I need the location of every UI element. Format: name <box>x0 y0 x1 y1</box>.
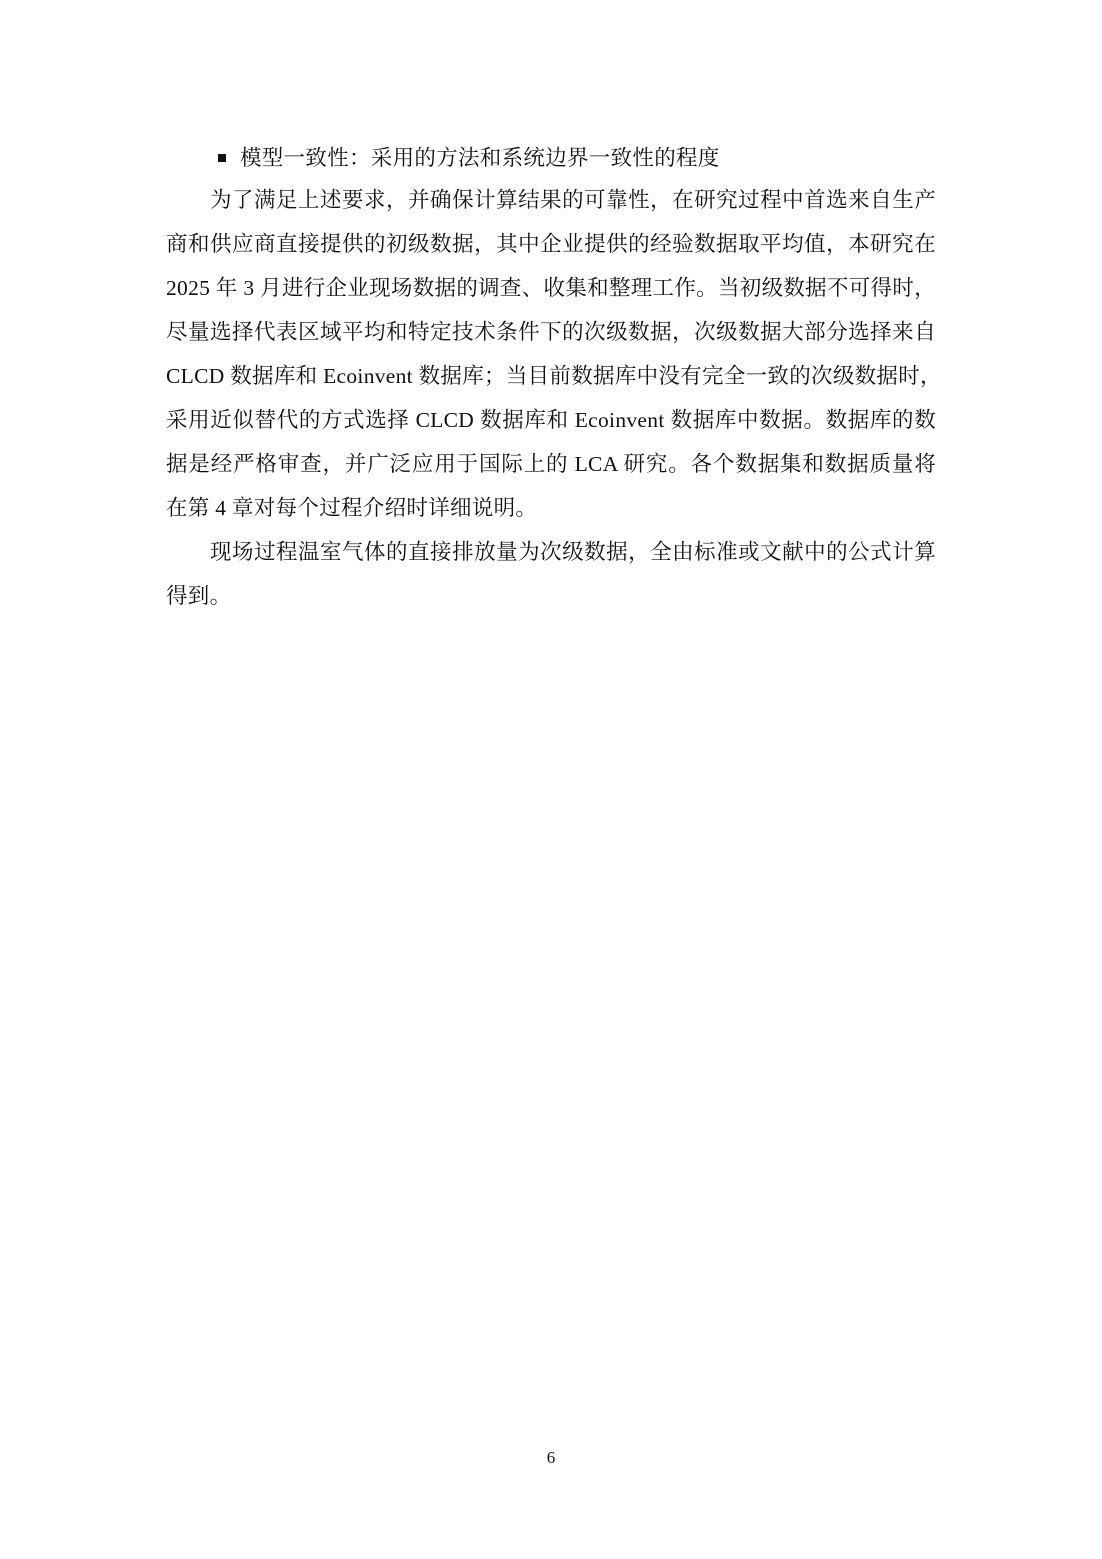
paragraph-line: 在第 4 章对每个过程介绍时详细说明。 <box>166 486 537 530</box>
paragraph-line: 为了满足上述要求，并确保计算结果的可靠性，在研究过程中首选来自生产 <box>210 178 936 222</box>
paragraph-line: CLCD 数据库和 Ecoinvent 数据库；当目前数据库中没有完全一致的次级… <box>166 354 936 398</box>
paragraph-line: 商和供应商直接提供的初级数据，其中企业提供的经验数据取平均值，本研究在 <box>166 222 936 266</box>
paragraph-line: 现场过程温室气体的直接排放量为次级数据，全由标准或文献中的公式计算 <box>210 530 936 574</box>
bullet-text: 模型一致性：采用的方法和系统边界一致性的程度 <box>240 146 720 170</box>
document-page: 模型一致性：采用的方法和系统边界一致性的程度 为了满足上述要求，并确保计算结果的… <box>0 0 1102 1559</box>
paragraph-line: 2025 年 3 月进行企业现场数据的调查、收集和整理工作。当初级数据不可得时， <box>166 266 936 310</box>
square-bullet-icon <box>218 154 226 162</box>
page-number: 6 <box>0 1446 1102 1470</box>
bullet-list-item: 模型一致性：采用的方法和系统边界一致性的程度 <box>218 136 720 180</box>
paragraph-line: 尽量选择代表区域平均和特定技术条件下的次级数据，次级数据大部分选择来自 <box>166 310 936 354</box>
paragraph-line: 据是经严格审查，并广泛应用于国际上的 LCA 研究。各个数据集和数据质量将 <box>166 442 936 486</box>
paragraph-line: 采用近似替代的方式选择 CLCD 数据库和 Ecoinvent 数据库中数据。数… <box>166 398 936 442</box>
paragraph-line: 得到。 <box>166 574 231 618</box>
